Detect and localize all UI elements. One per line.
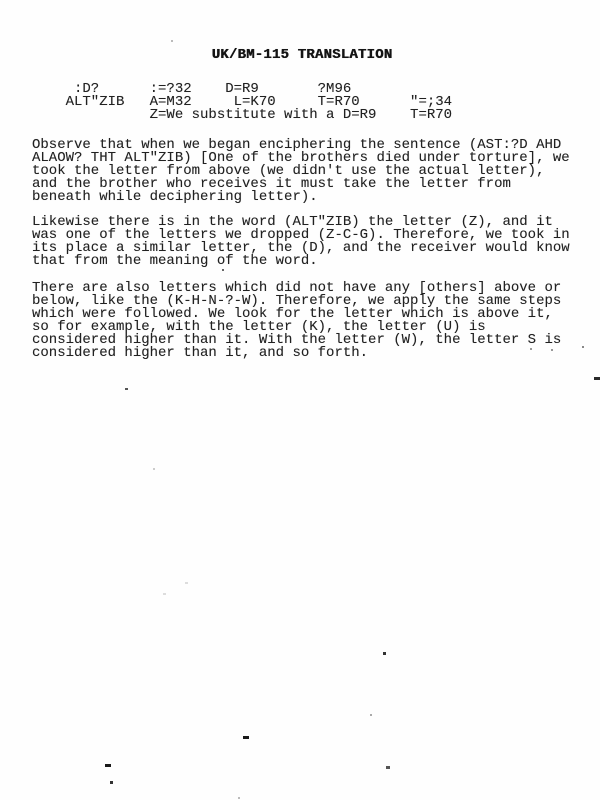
- document-title: UK/BM-115 TRANSLATION: [32, 49, 572, 62]
- cipher-key-line: Z=We substitute with a D=R9 T=R70: [32, 109, 572, 122]
- scan-speck: [551, 349, 553, 351]
- scanned-document-page: UK/BM-115 TRANSLATION :D? :=?32 D=R9 ?M9…: [0, 0, 600, 800]
- scan-speck: [582, 346, 584, 348]
- scan-mark: [386, 766, 390, 769]
- scan-speck: [222, 269, 224, 271]
- text-line: considered higher than it, and so forth.: [32, 347, 572, 360]
- scan-speck: [530, 348, 532, 350]
- scan-speck: [110, 781, 113, 784]
- paragraph-likewise: Likewise there is in the word (ALT"ZIB) …: [32, 216, 572, 268]
- document-body: UK/BM-115 TRANSLATION :D? :=?32 D=R9 ?M9…: [32, 49, 572, 360]
- scan-speck: [171, 40, 173, 42]
- scan-speck: [153, 468, 155, 470]
- paragraph-observe: Observe that when we began enciphering t…: [32, 139, 572, 204]
- scan-mark: [594, 377, 600, 380]
- text-line: beneath while deciphering letter).: [32, 191, 572, 204]
- paragraph-letters: There are also letters which did not hav…: [32, 282, 572, 360]
- scan-speck: [238, 797, 240, 799]
- scan-speck: [383, 652, 386, 655]
- scan-speck: [185, 582, 188, 584]
- cipher-key-table: :D? :=?32 D=R9 ?M96 ALT"ZIB A=M32 L=K70 …: [32, 83, 572, 122]
- scan-speck: [370, 714, 372, 716]
- scan-mark: [243, 736, 249, 739]
- scan-speck: [125, 388, 128, 390]
- text-line: that from the meaning of the word.: [32, 255, 572, 268]
- scan-speck: [163, 593, 166, 595]
- scan-mark: [105, 764, 111, 767]
